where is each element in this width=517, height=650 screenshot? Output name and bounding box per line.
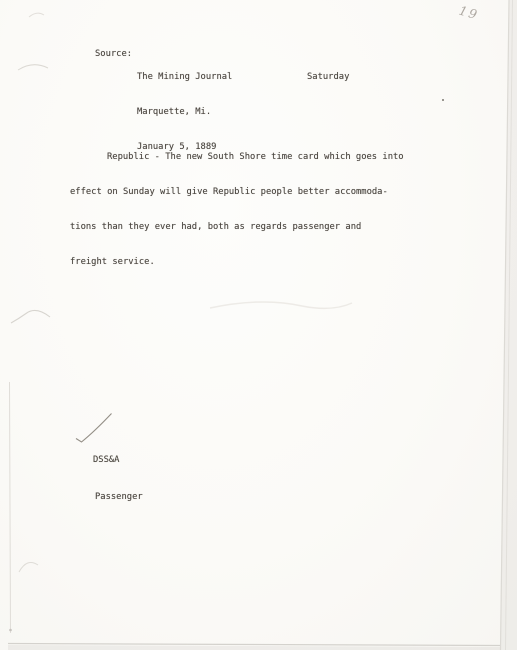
left-paper-edge: [10, 382, 11, 633]
article-line: tions than they ever had, both as regard…: [70, 222, 410, 234]
source-label: Source:: [95, 49, 132, 61]
scanned-document-page: 19 Source: The Mining Journal Marquette,…: [0, 0, 517, 650]
wrinkle-faint-center: [210, 302, 352, 308]
handwritten-page-number: 19: [457, 3, 480, 23]
wrinkle-arc-upper-left: [18, 65, 48, 70]
index-railroad-label: DSS&A: [93, 454, 143, 467]
article-line: effect on Sunday will give Republic peop…: [70, 187, 410, 199]
index-category-label: Passenger: [95, 491, 143, 504]
wrinkle-mark-top-left: [29, 13, 44, 17]
ink-speck: [442, 99, 444, 101]
source-location: Marquette, Mi.: [137, 107, 232, 119]
right-paper-edge-shadow: [506, 0, 513, 650]
left-edge-dot: [9, 629, 12, 632]
wrinkle-arc-mid-left: [11, 310, 50, 323]
article-line: Republic - The new South Shore time card…: [70, 152, 410, 164]
index-labels: DSS&A Passenger: [93, 429, 143, 529]
scan-artifacts-overlay: [0, 0, 517, 650]
bottom-margin-shade: [8, 645, 500, 650]
right-paper-edge: [501, 0, 510, 650]
source-weekday: Saturday: [307, 72, 349, 84]
source-publication: The Mining Journal: [137, 72, 232, 84]
wrinkle-arc-lower-left: [19, 562, 38, 572]
article-paragraph: Republic - The new South Shore time card…: [70, 129, 410, 292]
bottom-paper-edge: [8, 644, 500, 646]
article-line: freight service.: [70, 257, 410, 269]
right-margin-shade: [500, 0, 517, 650]
